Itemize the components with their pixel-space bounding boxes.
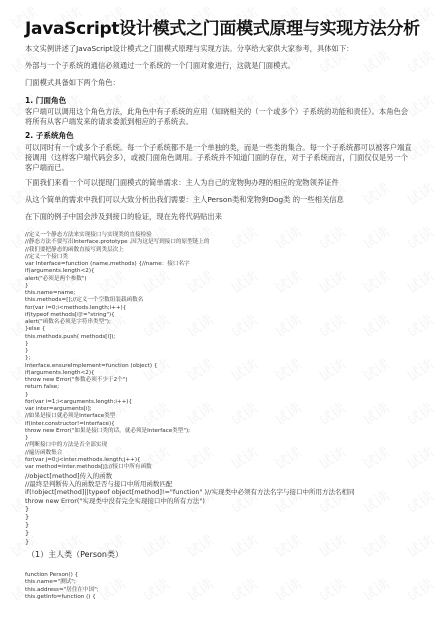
code-line: for(var j=0;j<inter.methods.length;j++){ [25, 457, 425, 464]
code-line: alert("必须是两个参数") [25, 276, 425, 283]
code-line: for(var i=0;i<methods.length;i++){ [25, 305, 425, 312]
code-line: this.address="居住在中国"; [25, 587, 425, 594]
code-line: if(arguments.length<2){ [25, 370, 425, 377]
role1-paragraph: 客户端可以调用这个角色方法，此角色中有子系统的应用（知晓相关的（一个或多个）子系… [25, 107, 415, 127]
code-line: throw new Error("实现类中没有完全实现接口中的所有方法") [25, 497, 435, 505]
code-line: }else { [25, 326, 425, 333]
code-line: } [25, 341, 425, 348]
code-line: //静态方法不要写出Interface.prototype ,因为这是写到接口的… [25, 239, 425, 246]
code-line: Interface.ensureImplement=function (obje… [25, 363, 425, 370]
page-title: JavaScript设计模式之门面模式原理与实现方法分析 [25, 14, 425, 39]
code-line: var method=inter.methods[j];//接口中所有函数 [25, 464, 425, 471]
code-line: this.methods.push( methods[i]); [25, 334, 425, 341]
code-line: if(!object[method]||typeof object[method… [25, 488, 435, 496]
document-page: JavaScript设计模式之门面模式原理与实现方法分析 本文实例讲述了Java… [0, 0, 440, 620]
code-line: //如果是接口就必须是Interface类型 [25, 413, 425, 420]
code-line: } [25, 529, 435, 537]
roles-intro-paragraph: 门面模式具备如下两个角色： [25, 78, 415, 88]
code-line: } [25, 283, 425, 290]
code-line: //我们要把静态的函数直接写到类层次上 [25, 247, 425, 254]
interface-note-paragraph: 在下面的例子中国会涉及到接口的验证，现在先将代码贴出来 [25, 212, 415, 222]
code-line: } [25, 538, 435, 546]
analysis-paragraph: 从这个简单的需求中我们可以大致分析出我们需要：主人Person类和宠物狗Dog类… [25, 195, 415, 205]
code-line: //遍历函数集合 [25, 450, 425, 457]
code-line: function Person() { [25, 572, 425, 579]
code-line: //定义一个接口类 [25, 254, 425, 261]
code-line: throw new Error("如果是接口类的话，就必须是Interface类… [25, 428, 425, 435]
code-line: this.name="测试"; [25, 579, 425, 586]
person-class-heading: （1）主人类（Person类） [27, 549, 123, 560]
code-line: var Interface=function (name,methods) {/… [25, 261, 425, 268]
code-line: //判断接口中的方法是否全部实现 [25, 442, 425, 449]
definition-paragraph: 外部与一个子系统的通信必须通过一个系统的一个门面对象进行，这就是门面模式。 [25, 61, 415, 71]
code-line: if(typeof methods[i]!="string"){ [25, 312, 425, 319]
code-line: }; [25, 355, 425, 362]
requirement-paragraph: 下面我们来看一个可以提现门面模式的简单需求：主人为自己的宠物狗办理的相应的宠物领… [25, 178, 415, 188]
code-line: if(inter.constructor!=Interface){ [25, 421, 425, 428]
code-block-validation: //object[method]传入的函数//最终是判断传入的函数是否与接口中所… [25, 472, 435, 546]
code-line: if(arguments.length<2){ [25, 268, 425, 275]
intro-paragraph: 本文实例讲述了JavaScript设计模式之门面模式原理与实现方法。分享给大家供… [25, 44, 415, 54]
code-line: this.methods=[];//定义一个空数组装载函数名 [25, 297, 425, 304]
code-line: } [25, 348, 425, 355]
code-line: for(var i=1;i<arguments.length;i++){ [25, 399, 425, 406]
code-line: } [25, 513, 435, 521]
code-block-person: function Person() {this.name="测试";this.a… [25, 572, 425, 601]
code-line: } [25, 505, 435, 513]
code-line: return false; [25, 384, 425, 391]
code-line: } [25, 521, 435, 529]
role2-paragraph: 可以同时有一个或多个子系统。每一个子系统都不是一个单独的类，而是一些类的集合。每… [25, 143, 415, 173]
code-line: //object[method]传入的函数 [25, 472, 435, 480]
code-line: this.getInfo=function () { [25, 594, 425, 601]
code-line: } [25, 392, 425, 399]
code-line: alert("函数名必须是字符串类型"); [25, 319, 425, 326]
code-line: throw new Error("参数必须不少于2个") [25, 377, 425, 384]
role2-heading: 2. 子系统角色 [25, 130, 74, 141]
role1-heading: 1. 门面角色 [25, 95, 66, 106]
code-block-interface: //定义一个静态方法来实现接口与实现类的直接检验//静态方法不要写出Interf… [25, 232, 425, 471]
